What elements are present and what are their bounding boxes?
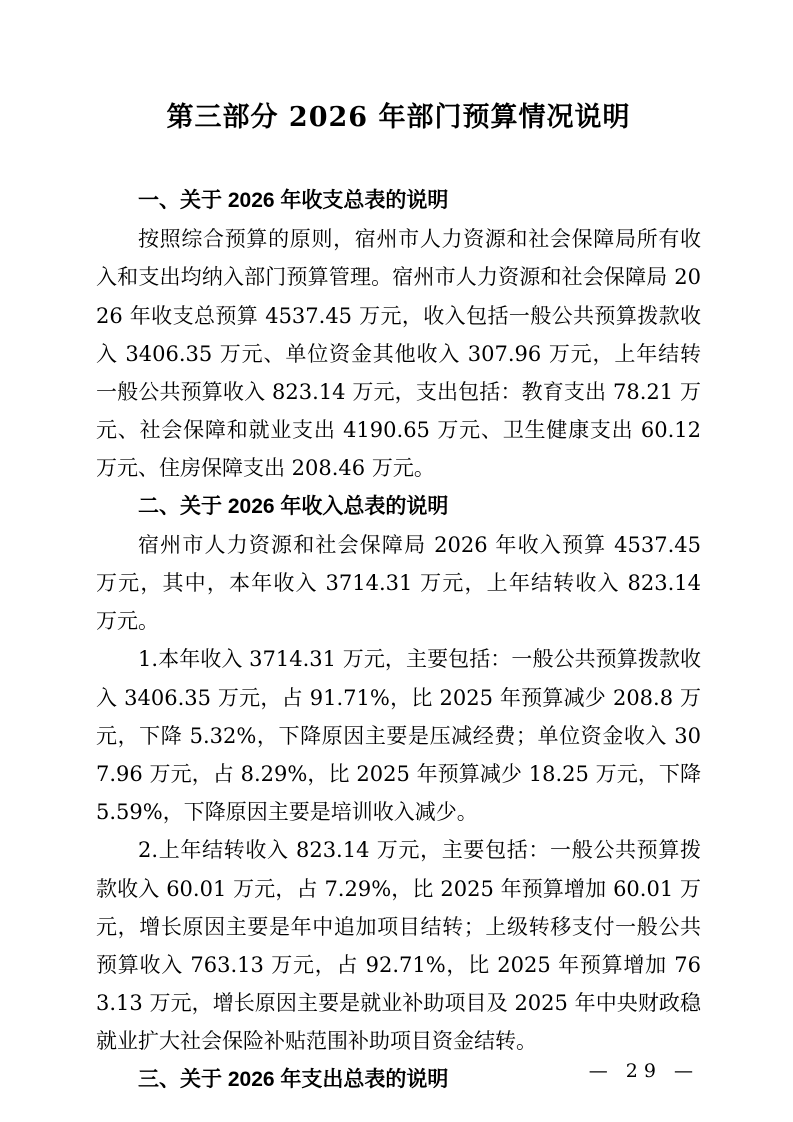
document-page: 第三部分 2026 年部门预算情况说明 一、关于 2026 年收支总表的说明 按… bbox=[0, 0, 793, 1122]
paragraph-income-expense-summary: 按照综合预算的原则，宿州市人力资源和社会保障局所有收入和支出均纳入部门预算管理。… bbox=[96, 220, 701, 487]
page-number: — 29 — bbox=[589, 1060, 699, 1082]
paragraph-current-year-income: 1.本年收入 3714.31 万元，主要包括：一般公共预算拨款收入 3406.3… bbox=[96, 640, 701, 831]
section-heading-income-expense-summary: 一、关于 2026 年收支总表的说明 bbox=[96, 182, 701, 220]
section-heading-income-summary: 二、关于 2026 年收入总表的说明 bbox=[96, 488, 701, 526]
paragraph-carryover-income: 2.上年结转收入 823.14 万元，主要包括：一般公共预算拨款收入 60.01… bbox=[96, 831, 701, 1060]
page-title: 第三部分 2026 年部门预算情况说明 bbox=[96, 100, 701, 136]
document-content: 第三部分 2026 年部门预算情况说明 一、关于 2026 年收支总表的说明 按… bbox=[96, 100, 701, 1099]
paragraph-income-total: 宿州市人力资源和社会保障局 2026 年收入预算 4537.45 万元，其中，本… bbox=[96, 526, 701, 641]
